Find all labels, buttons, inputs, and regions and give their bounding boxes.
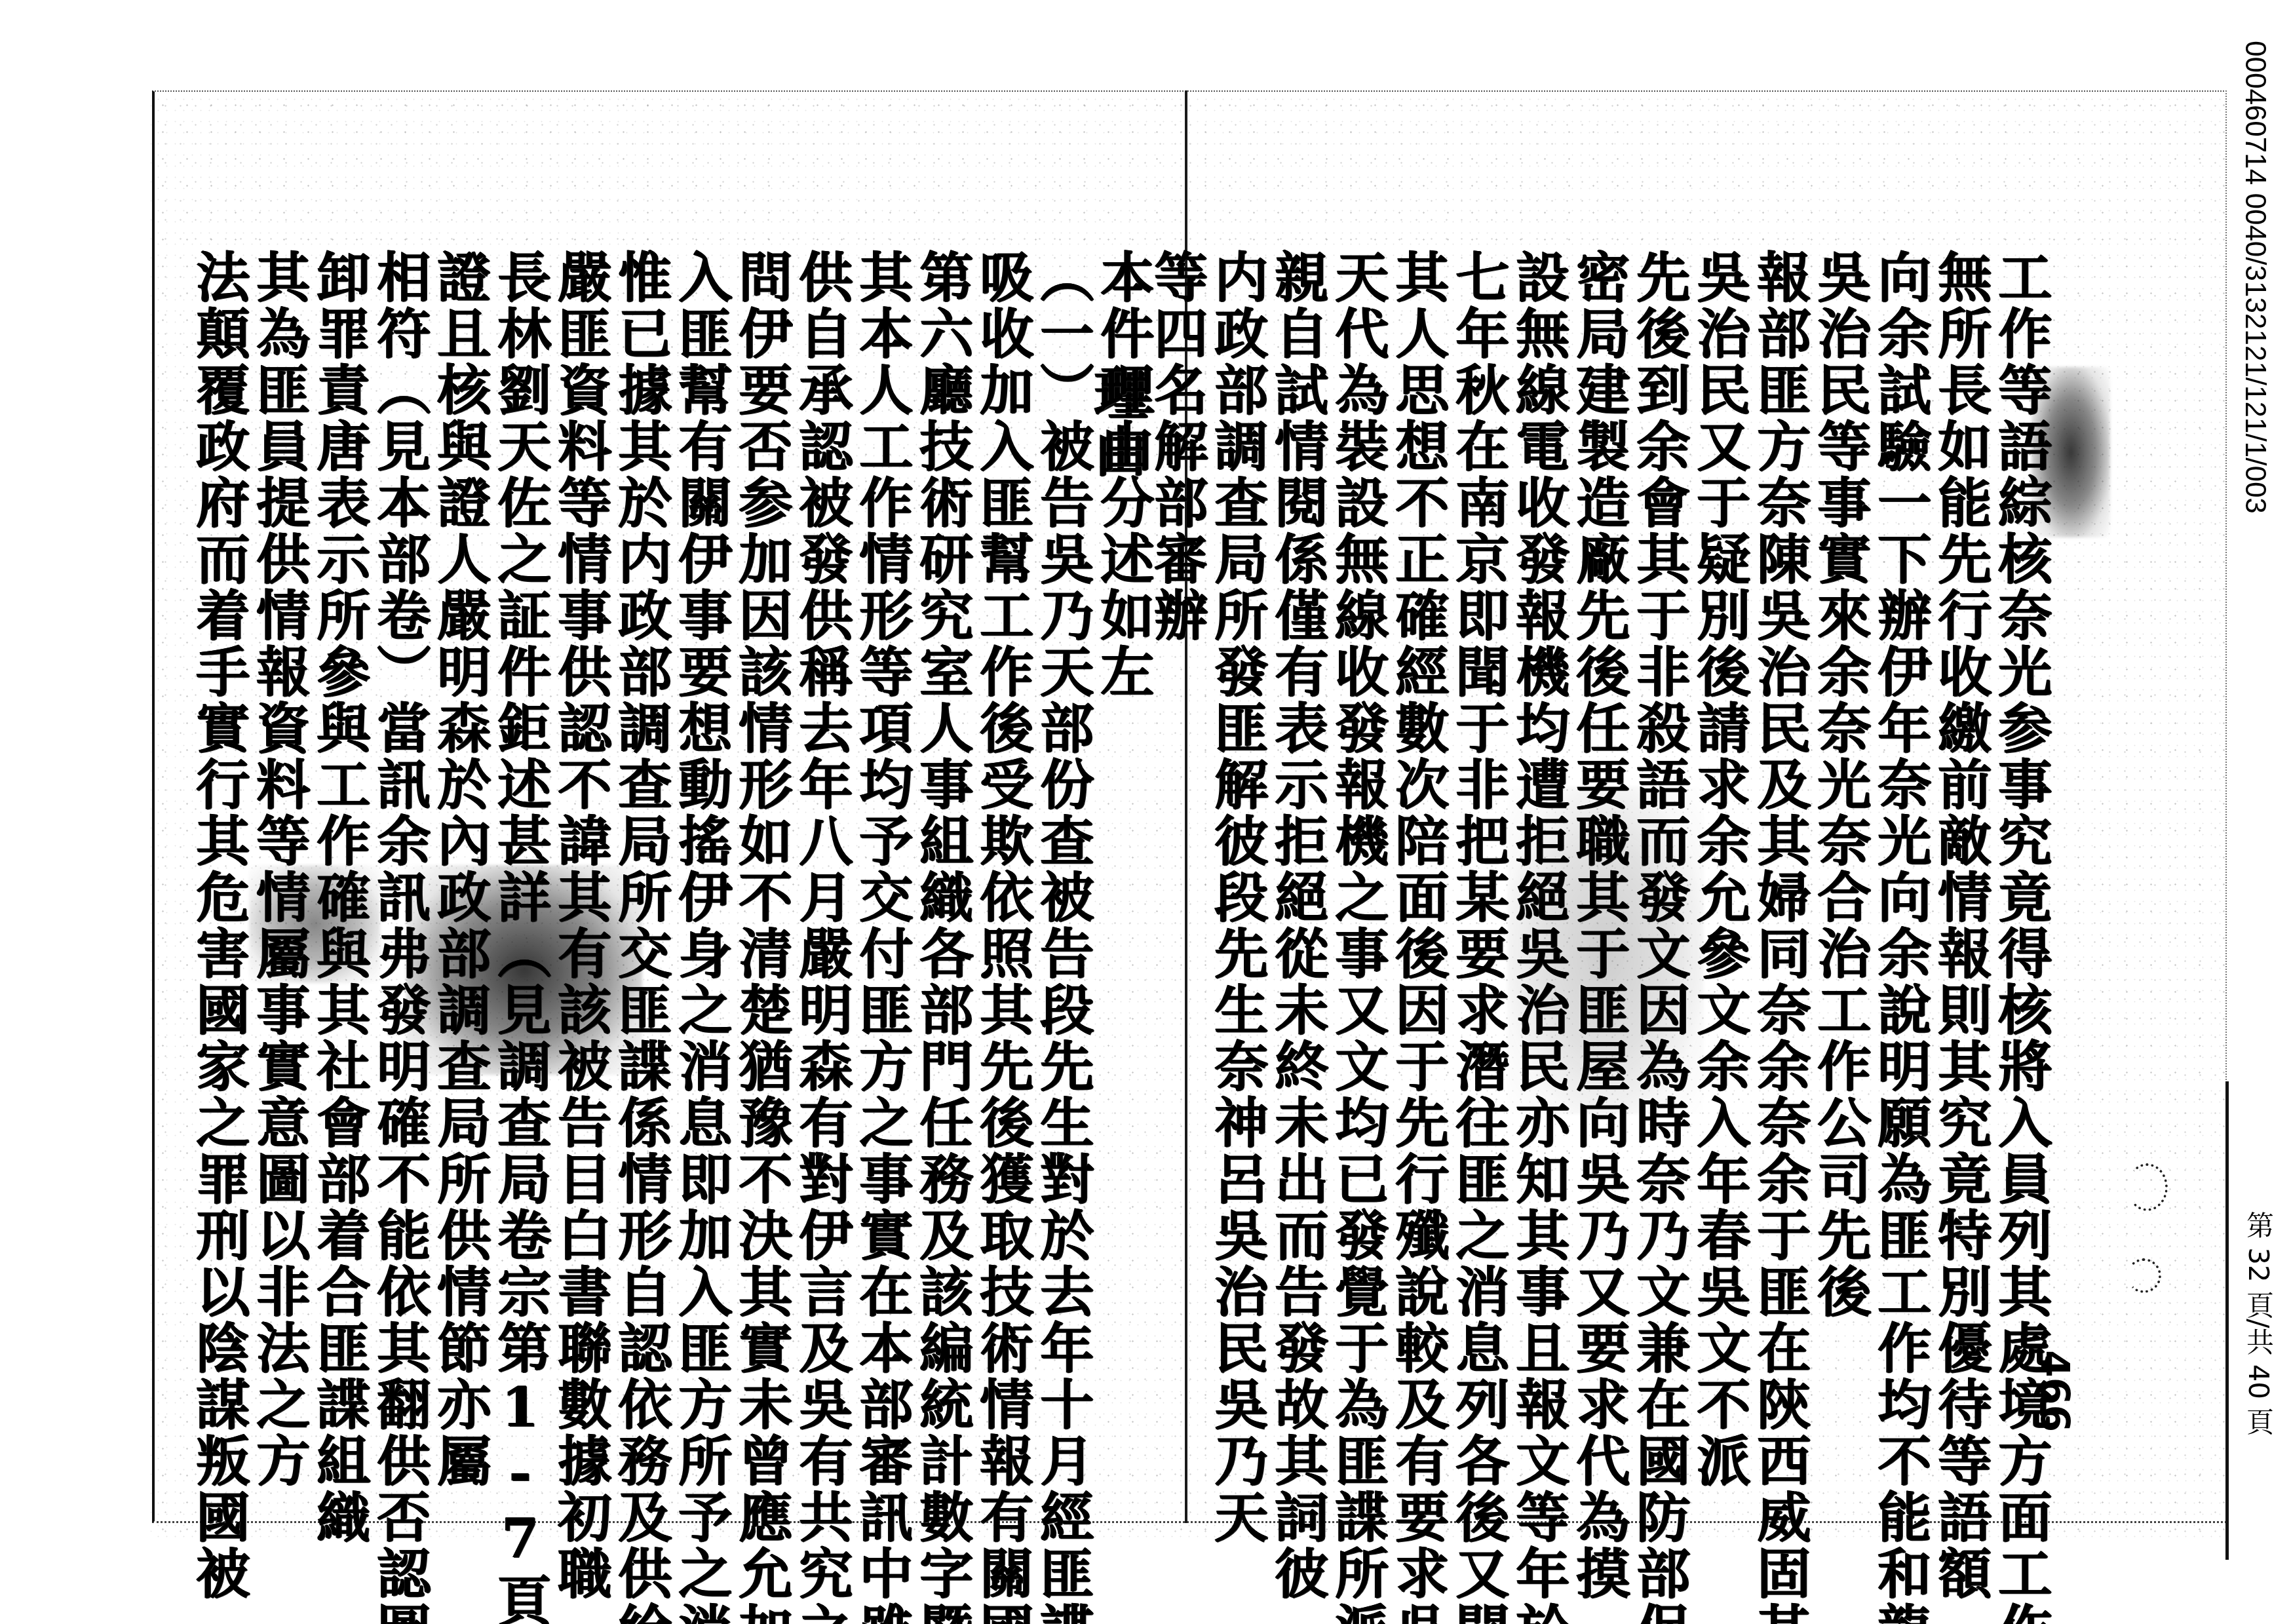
text-column: 其人思想不正確經數次陪面後因于先行殲說較及有要求吳乃 [1391, 249, 1445, 1435]
text-column: 先後到余會其于非殺語而發文因為時奈乃文兼在國防部保 [1632, 249, 1686, 1435]
margin-rule-line [2225, 1081, 2229, 1560]
page-stamp-number: 466 [2031, 1350, 2077, 1432]
text-column: 吸收加入匪幫工作後受欺依照其先後獲取技術情報有關國防部 [976, 249, 1030, 1435]
text-column: 七年秋在南京即聞于非把某要求潛往匪之消息列各後又聞 [1452, 249, 1505, 1435]
text-column: 其為匪員提供情報資料等情屬事實意圖以非法之方 [252, 249, 306, 1435]
text-column: 相符（見本部卷）當訊余訊弗發明確不能依其翻供否認圖 [373, 249, 427, 1435]
text-column: 問伊要否参加因該情形如不清楚猶豫不決其實未曾應允加 [735, 249, 788, 1435]
text-column: 親自試情閱係僅有表示拒絕從未終未出而告發故其詞彼 [1271, 249, 1324, 1435]
text-column: 長林劉天佐之証件鉅述甚詳（見調查局卷宗第1-7頁）足以參 [493, 249, 547, 1435]
text-column: 本件理由分述如左 [1096, 249, 1150, 1435]
page-counter: 第 32 頁/共 40 頁 [2239, 1211, 2278, 1435]
text-column: 無所長如能先行收繳前敵情報則其究竟特別優待等語額 [1934, 249, 1988, 1435]
text-column: 入匪幫有關伊事要想動搖伊身之消息即加入匪方所予之消息等語 [674, 249, 728, 1435]
archive-id-label: 000460714 0040/3132121/121/1/003 [2239, 41, 2271, 514]
text-column: 内政部調查局所發匪解彼段先生奈神呂吳治民吳乃天 [1210, 249, 1264, 1435]
text-column: 報部匪方奈陳吳治民及其婦同奈余奈余于匪在陝西威固其吳 [1753, 249, 1807, 1435]
text-column: 卸罪責唐表示所參與工作確與其社會部着合匪諜組織 [313, 249, 366, 1435]
text-column: 惟已據其於内政部調查局所交匪諜係情形自認依務及供給 [614, 249, 668, 1435]
text-column: 供自承認被發供稱去年八月嚴明森有對伊言及吳有共究之組織 [795, 249, 849, 1435]
text-column: 證且核與證人嚴明森於內政部調查局所供情節亦屬 [433, 249, 487, 1435]
text-column: 等四名解部審辦 [1150, 249, 1204, 1435]
stamp-mark [2127, 1258, 2161, 1293]
text-column: 天代為裝設無線收發報機之事又文均已發覺于為匪諜所派 [1331, 249, 1385, 1435]
text-column: 嚴匪資料等情事供認不諱其有該被告目白書聯數據初職 [554, 249, 607, 1435]
text-column: （一）被告吳乃天部份查被告段先生對於去年十月經匪諜嚴明森 [1036, 249, 1090, 1435]
text-column: 向余試驗一下辦伊年奈光向余說明願為匪工作均不能和龍發文 [1874, 249, 1927, 1435]
text-column: 其本人工作情形等項均予交付匪方之事實在本部審訊中雖不肯 [855, 249, 909, 1435]
text-column: 工作等語綜核奈光参事究竟得核將入員列其處境方面工作本 [1994, 249, 2048, 1435]
stamp-mark [2127, 1163, 2168, 1211]
text-column: 吳治民又于疑別後請求余允參文余入年春吳文不派 [1693, 249, 1746, 1435]
text-column: 吳治民等事實來余奈光奈合治工作公司先後 [1813, 249, 1867, 1435]
text-column: 第六廳技術研究室人事組織各部門任務及該編統計數字暨 [915, 249, 969, 1435]
text-column: 設無線電收發報機均遭拒絕吳治民亦知其事且報文等年於 [1512, 249, 1566, 1435]
text-column: 密局建製造廠先後任要職其于匪屋向吳乃又要求代為摸 [1572, 249, 1626, 1435]
text-column: 法顛覆政府而着手實行其危害國家之罪刑以陰謀叛國被 [192, 249, 246, 1435]
right-page-text: 工作等語綜核奈光参事究竟得核將入員列其處境方面工作本 無所長如能先行收繳前敵情報… [1284, 249, 2051, 1435]
left-page-text: 本件理由分述如左 （一）被告吳乃天部份查被告段先生對於去年十月經匪諜嚴明森 吸收… [301, 249, 1153, 1435]
